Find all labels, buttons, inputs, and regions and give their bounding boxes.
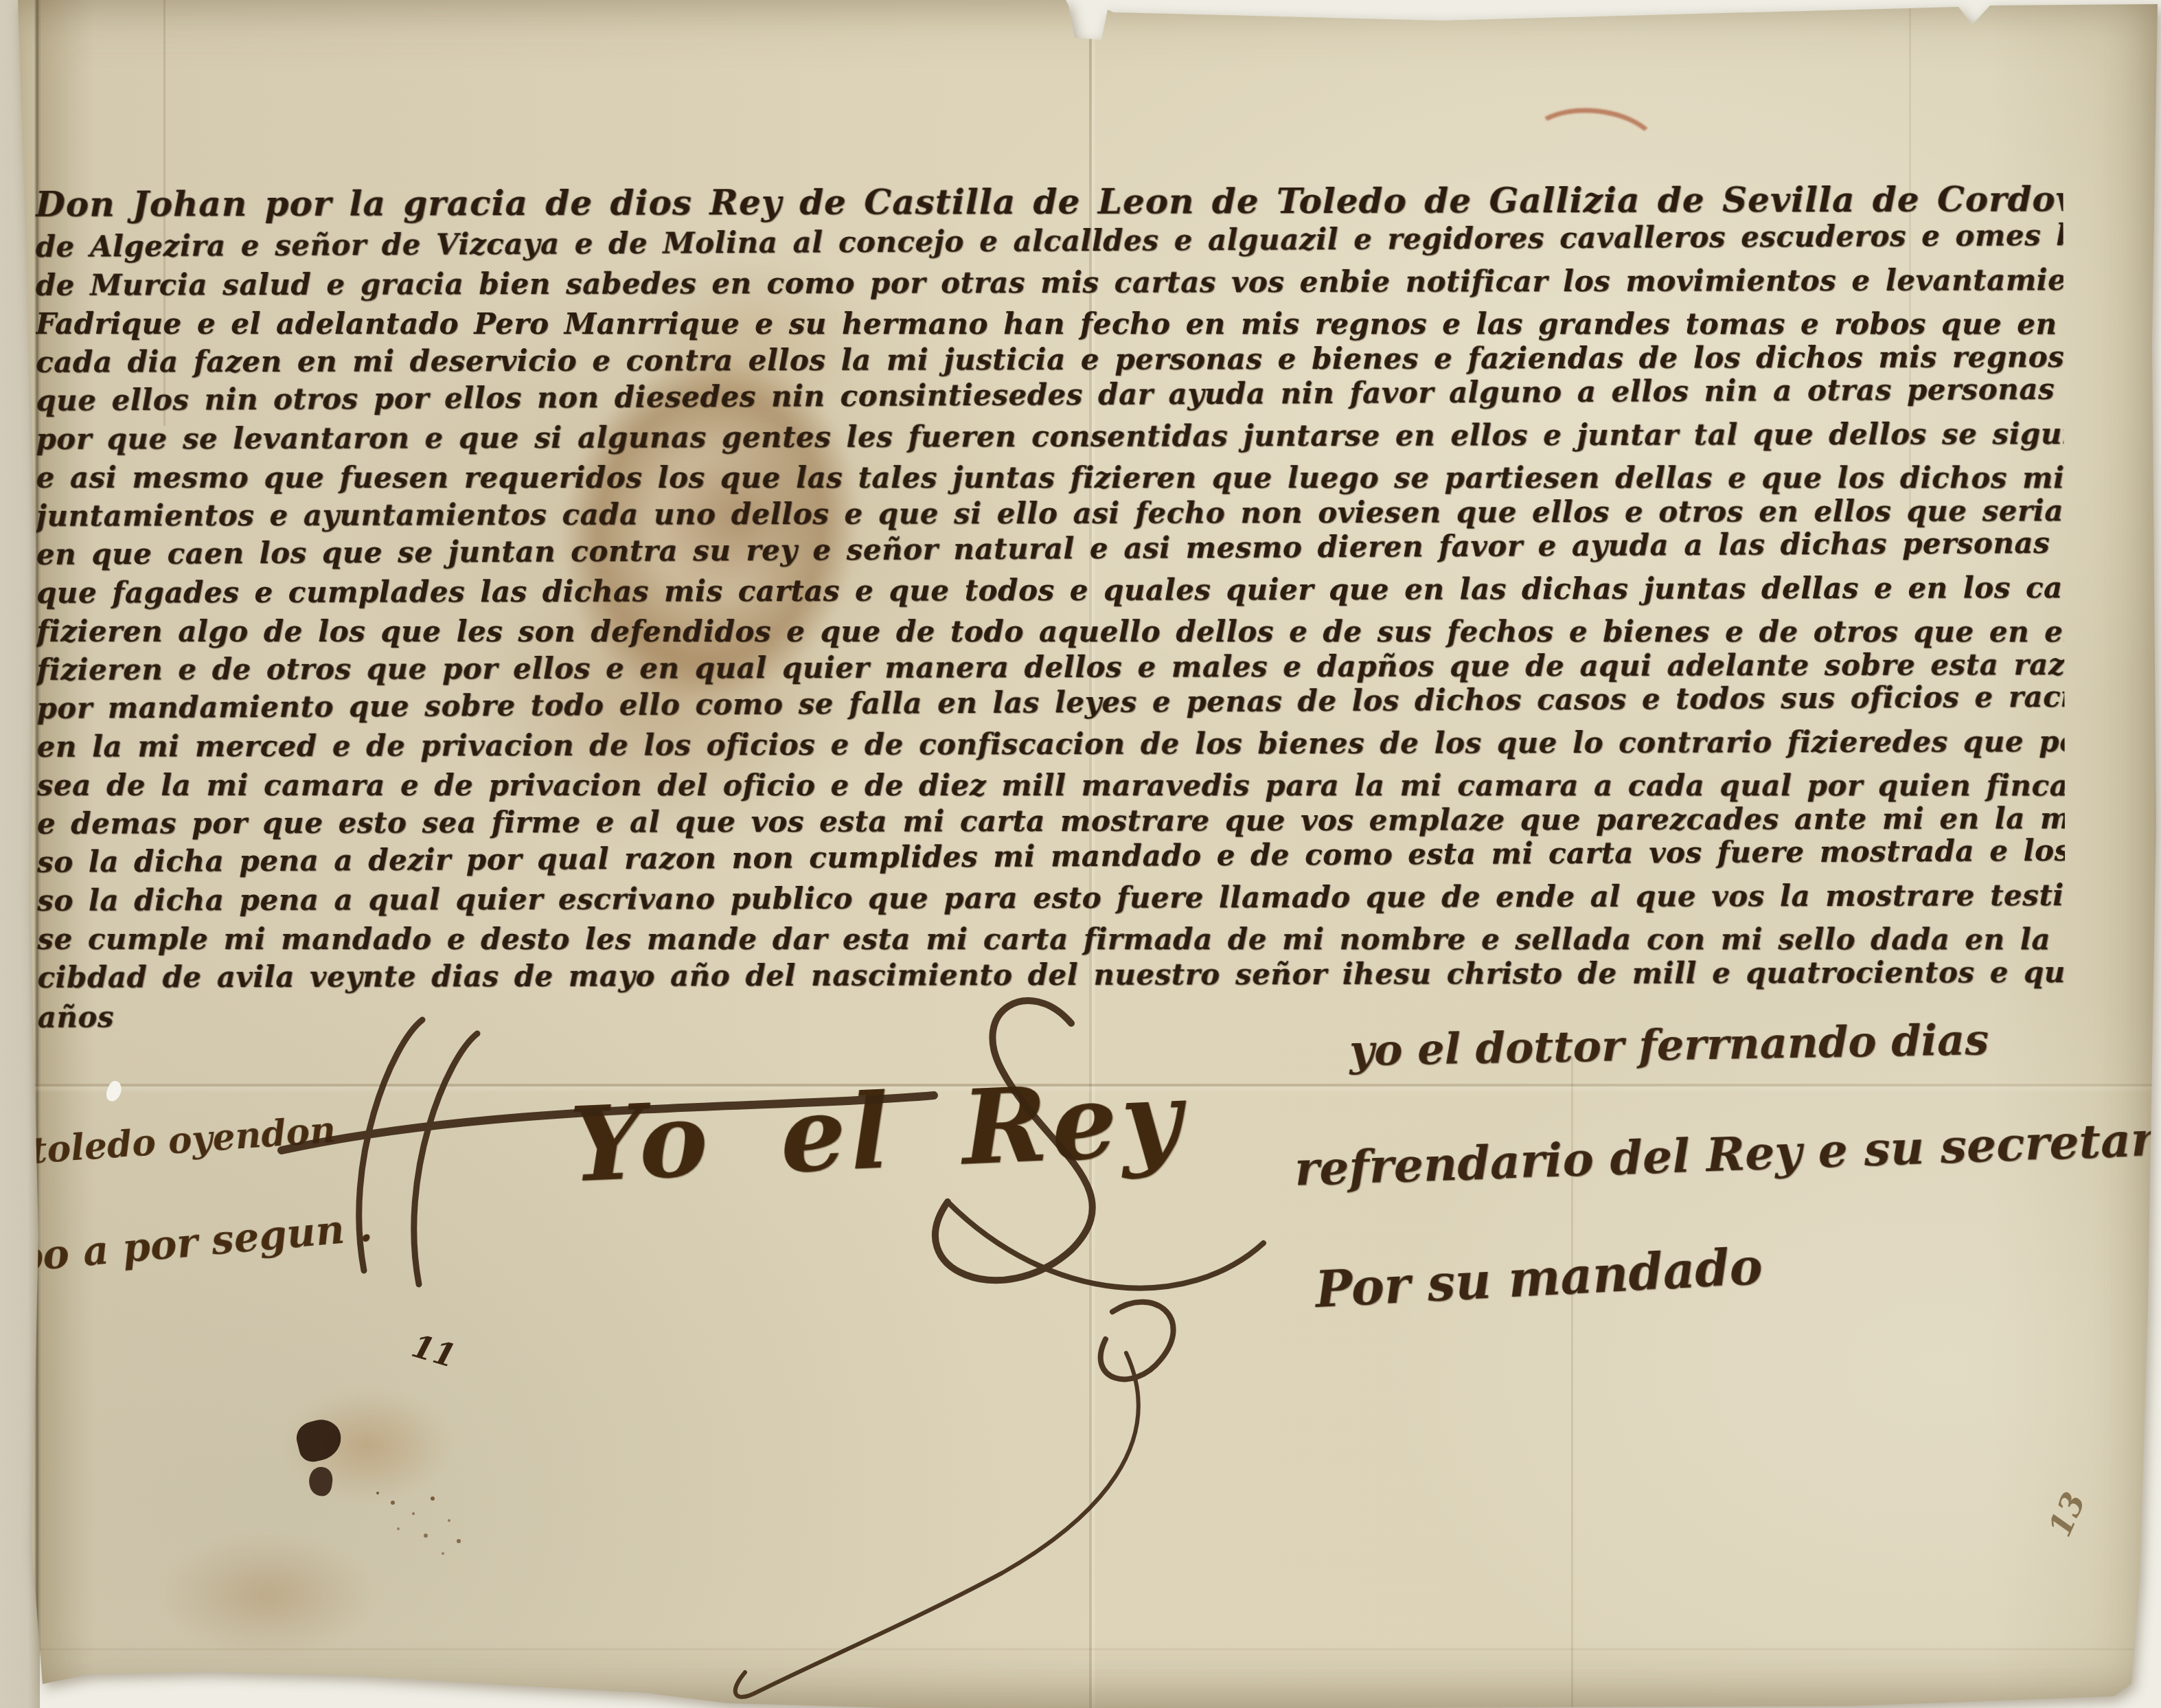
parchment-wrapper: Don Johan por la gracia de dios Rey de C… xyxy=(0,0,2161,1708)
manuscript-line: por que se levantaron e que si algunas g… xyxy=(36,415,2063,460)
manuscript-line: que fagades e cumplades las dichas mis c… xyxy=(36,569,2064,614)
manuscript-line: en la mi merced e de privacion de los of… xyxy=(37,722,2065,768)
manuscript-line: so la dicha pena a qual quier escrivano … xyxy=(37,876,2065,922)
parchment-document: Don Johan por la gracia de dios Rey de C… xyxy=(0,0,2161,1708)
manuscript-text-block: Don Johan por la gracia de dios Rey de C… xyxy=(35,0,2068,1708)
manuscript-line: de Murcia salud e gracia bien sabedes en… xyxy=(36,261,2063,306)
